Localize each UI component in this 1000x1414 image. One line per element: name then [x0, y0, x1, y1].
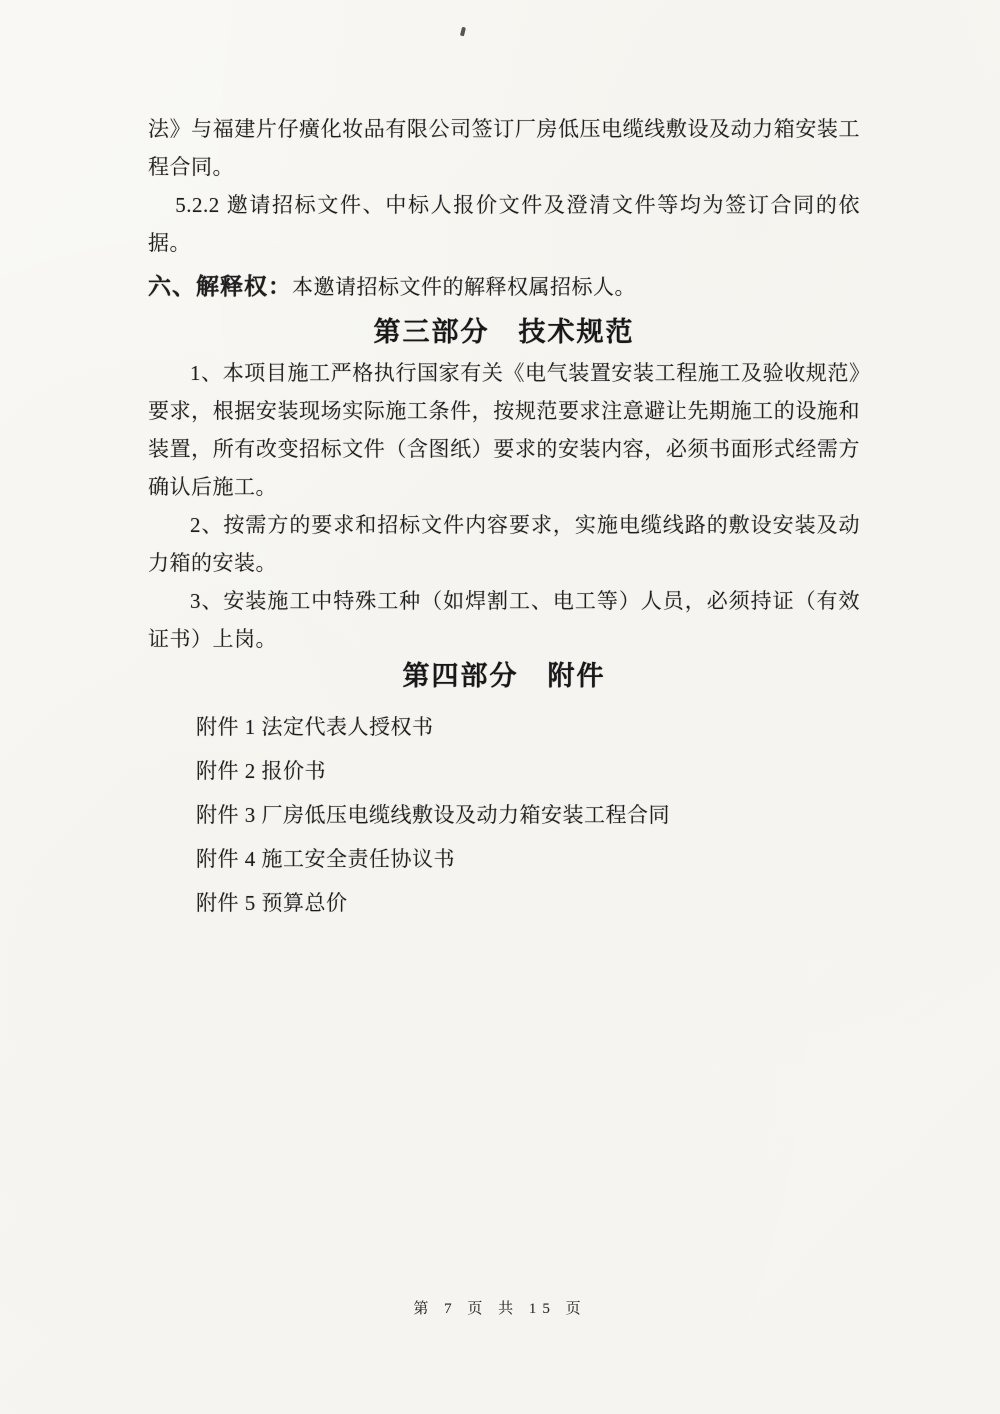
document-content: 法》与福建片仔癀化妆品有限公司签订厂房低压电缆线敷设及动力箱安装工程合同。 5.… — [148, 110, 860, 925]
scanned-document-page: 法》与福建片仔癀化妆品有限公司签订厂房低压电缆线敷设及动力箱安装工程合同。 5.… — [0, 0, 1000, 1414]
part-three-item-3: 3、安装施工中特殊工种（如焊割工、电工等）人员，必须持证（有效证书）上岗。 — [148, 582, 860, 658]
clause-5-2-2: 5.2.2 邀请招标文件、中标人报价文件及澄清文件等均为签订合同的依据。 — [148, 186, 860, 262]
attachment-list: 附件 1 法定代表人授权书 附件 2 报价书 附件 3 厂房低压电缆线敷设及动力… — [148, 705, 860, 925]
part-three-heading: 第三部分 技术规范 — [148, 315, 860, 349]
page-number-footer: 第 7 页 共 15 页 — [0, 1297, 1000, 1318]
part-three-item-2: 2、按需方的要求和招标文件内容要求，实施电缆线路的敷设安装及动力箱的安装。 — [148, 506, 860, 582]
continuation-paragraph: 法》与福建片仔癀化妆品有限公司签订厂房低压电缆线敷设及动力箱安装工程合同。 — [148, 110, 860, 186]
part-three-item-1: 1、本项目施工严格执行国家有关《电气装置安装工程施工及验收规范》要求，根据安装现… — [148, 354, 860, 506]
attachment-item-5: 附件 5 预算总价 — [196, 881, 860, 925]
attachment-item-4: 附件 4 施工安全责任协议书 — [196, 837, 860, 881]
attachment-item-3: 附件 3 厂房低压电缆线敷设及动力箱安装工程合同 — [196, 793, 860, 837]
attachment-item-2: 附件 2 报价书 — [196, 749, 860, 793]
section-six-label: 六、解释权： — [148, 273, 292, 299]
attachment-item-1: 附件 1 法定代表人授权书 — [196, 705, 860, 749]
section-six-line: 六、解释权：本邀请招标文件的解释权属招标人。 — [148, 265, 860, 308]
section-six-text: 本邀请招标文件的解释权属招标人。 — [292, 275, 636, 299]
part-four-heading: 第四部分 附件 — [148, 659, 860, 693]
scan-artifact-speck — [460, 27, 466, 37]
